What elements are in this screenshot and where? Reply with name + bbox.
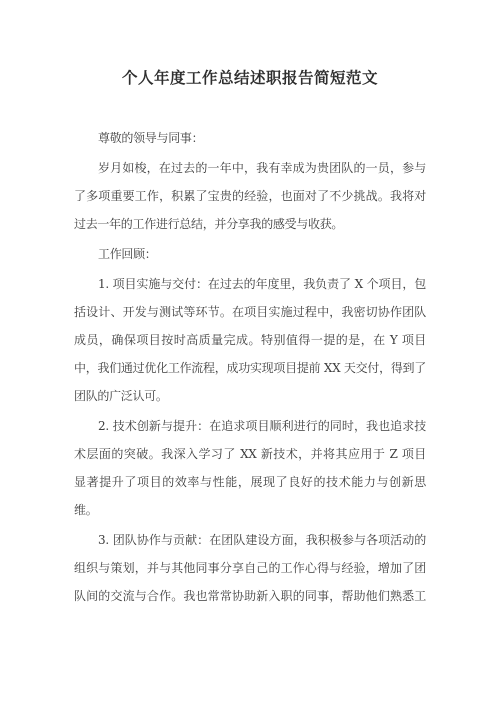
- text-line: 团队的广泛认可。: [74, 382, 426, 410]
- text-line: 队间的交流与合作。我也常常协助新入职的同事，帮助他们熟悉工: [74, 582, 426, 610]
- text-line: 组织与策划，并与其他同事分享自己的工作心得与经验，增加了团: [74, 554, 426, 582]
- text-line: 过去一年的工作进行总结，并分享我的感受与收获。: [74, 210, 426, 238]
- text-line: 中，我们通过优化工作流程，成功实现项目提前 XX 天交付，得到了: [74, 354, 426, 382]
- text-line: 成员，确保项目按时高质量完成。特别值得一提的是，在 Y 项目: [74, 326, 426, 354]
- paragraph: 3. 团队协作与贡献：在团队建设方面，我积极参与各项活动的组织与策划，并与其他同…: [74, 526, 426, 610]
- text-line: 括设计、开发与测试等环节。在项目实施过程中，我密切协作团队: [74, 298, 426, 326]
- text-line: 工作回顾：: [74, 240, 426, 268]
- paragraph: 1. 项目实施与交付：在过去的年度里，我负责了 X 个项目，包括设计、开发与测试…: [74, 270, 426, 410]
- text-line: 维。: [74, 496, 426, 524]
- text-line: 显著提升了项目的效率与性能，展现了良好的技术能力与创新思: [74, 468, 426, 496]
- paragraph: 尊敬的领导与同事：: [74, 124, 426, 152]
- text-line: 岁月如梭，在过去的一年中，我有幸成为贵团队的一员，参与: [74, 154, 426, 182]
- text-line: 尊敬的领导与同事：: [74, 124, 426, 152]
- text-line: 1. 项目实施与交付：在过去的年度里，我负责了 X 个项目，包: [74, 270, 426, 298]
- text-line: 术层面的突破。我深入学习了 XX 新技术，并将其应用于 Z 项目中，: [74, 440, 426, 468]
- document-page: 个人年度工作总结述职报告简短范文 尊敬的领导与同事：岁月如梭，在过去的一年中，我…: [0, 0, 500, 707]
- paragraph: 2. 技术创新与提升：在追求项目顺利进行的同时，我也追求技术层面的突破。我深入学…: [74, 412, 426, 524]
- text-line: 了多项重要工作，积累了宝贵的经验，也面对了不少挑战。我将对: [74, 182, 426, 210]
- text-line: 3. 团队协作与贡献：在团队建设方面，我积极参与各项活动的: [74, 526, 426, 554]
- paragraph: 岁月如梭，在过去的一年中，我有幸成为贵团队的一员，参与了多项重要工作，积累了宝贵…: [74, 154, 426, 238]
- document-body: 尊敬的领导与同事：岁月如梭，在过去的一年中，我有幸成为贵团队的一员，参与了多项重…: [74, 124, 426, 610]
- text-line: 2. 技术创新与提升：在追求项目顺利进行的同时，我也追求技: [74, 412, 426, 440]
- paragraph: 工作回顾：: [74, 240, 426, 268]
- document-title: 个人年度工作总结述职报告简短范文: [0, 0, 500, 90]
